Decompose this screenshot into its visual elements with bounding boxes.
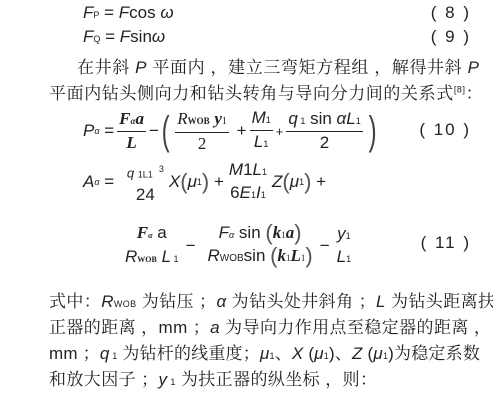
equation-11-line-2: Fα aRWOB L 1 − Fα sin (k1a)RWOBsin (k1L1… — [120, 218, 356, 274]
paragraph-2-line-3: mm ；q 1 为钻杆的线重度；μ1、X (μ1)、Z (μ1)为稳定系数 — [49, 339, 480, 364]
equation-number-10: ( 10 ) — [419, 120, 471, 140]
equation-8: FP = Fcos ω — [83, 3, 174, 23]
equation-number-11: ( 11 ) — [421, 233, 471, 253]
paragraph-1-line-1: 在井斜 P 平面内 ，建立三弯矩方程组 ，解得井斜 P — [77, 53, 480, 78]
citation-ref[interactable]: [8] — [454, 84, 466, 94]
equation-number-8: ( 8 ) — [431, 3, 471, 23]
equation-11-line-1: Aα = q 1L1 324 X(μ1) + M1L16E1I1 Z(μ1) + — [83, 160, 326, 204]
paragraph-1-line-2: 平面内钻头侧向力和钻头转角与导向分力间的关系式[8]： — [49, 79, 483, 104]
paragraph-2-line-4: 和放大因子 ；y 1 为扶正器的纵坐标 ，则： — [49, 365, 377, 390]
equation-10: Pα = FαaL − ( RWOB y12 + M1L1 + q 1 sin … — [83, 106, 379, 156]
equation-number-9: ( 9 ) — [431, 27, 471, 47]
paragraph-2-line-2: 正器的距离 ，mm ；a 为导向力作用点至稳定器的距离 ， — [49, 313, 491, 338]
equation-9: FQ = Fsinω — [83, 27, 165, 47]
paragraph-2-line-1: 式中：RWOB 为钻压 ；α 为钻头处井斜角 ；L 为钻头距离扶 — [49, 287, 493, 312]
